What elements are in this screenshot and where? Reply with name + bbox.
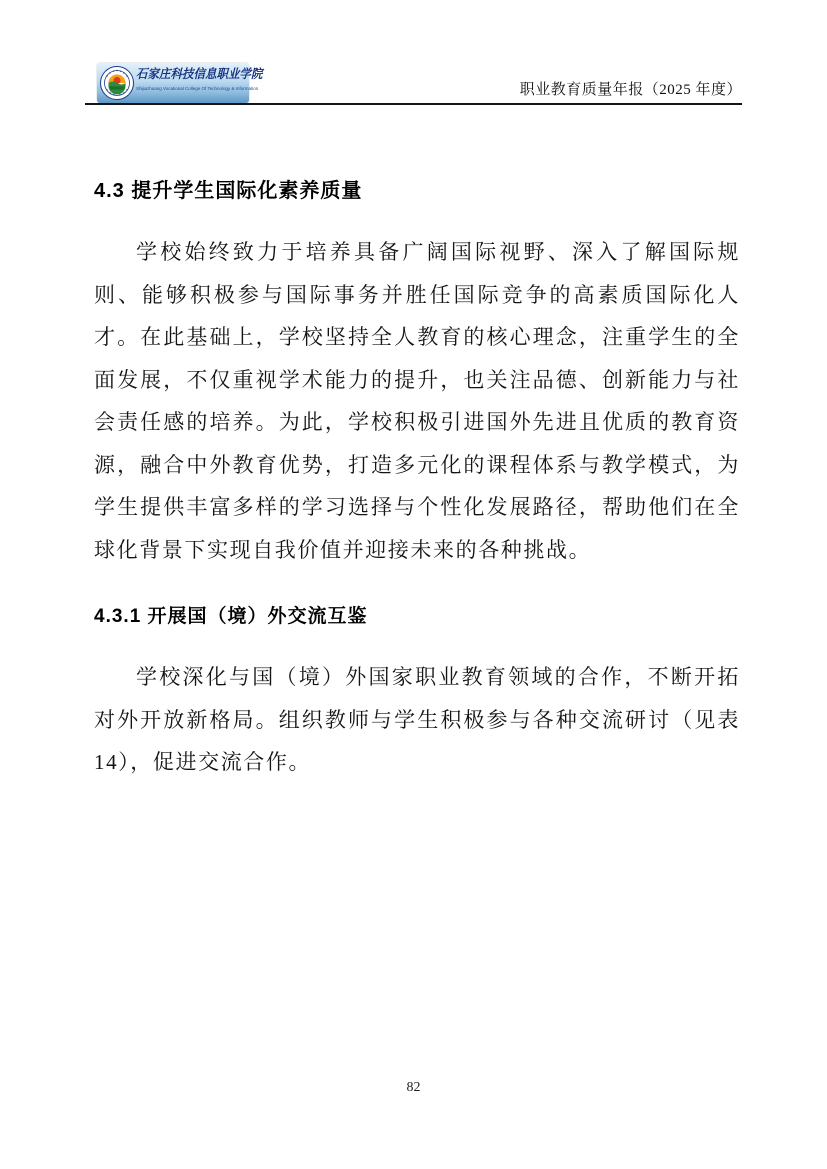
college-name-en: Shijiazhuang Vocational College Of Techn… bbox=[136, 86, 246, 91]
header-rule bbox=[85, 103, 742, 105]
college-emblem-icon bbox=[100, 66, 134, 100]
college-logo-text: 石家庄科技信息职业学院 Shijiazhuang Vocational Coll… bbox=[136, 67, 246, 91]
report-page: 石家庄科技信息职业学院 Shijiazhuang Vocational Coll… bbox=[0, 0, 827, 1169]
report-title: 职业教育质量年报（2025 年度） bbox=[520, 78, 742, 99]
page-number: 82 bbox=[0, 1080, 827, 1096]
college-logo: 石家庄科技信息职业学院 Shijiazhuang Vocational Coll… bbox=[97, 63, 249, 103]
paragraph-international-quality: 学校始终致力于培养具备广阔国际视野、深入了解国际规则、能够积极参与国际事务并胜任… bbox=[94, 231, 740, 571]
subsection-heading: 4.3.1 开展国（境）外交流互鉴 bbox=[94, 601, 368, 628]
college-name-zh: 石家庄科技信息职业学院 bbox=[136, 67, 237, 82]
paragraph-exchange-cooperation: 学校深化与国（境）外国家职业教育领域的合作，不断开拓对外开放新格局。组织教师与学… bbox=[94, 656, 740, 784]
page-header: 石家庄科技信息职业学院 Shijiazhuang Vocational Coll… bbox=[85, 62, 742, 102]
section-heading: 4.3 提升学生国际化素养质量 bbox=[94, 174, 362, 203]
